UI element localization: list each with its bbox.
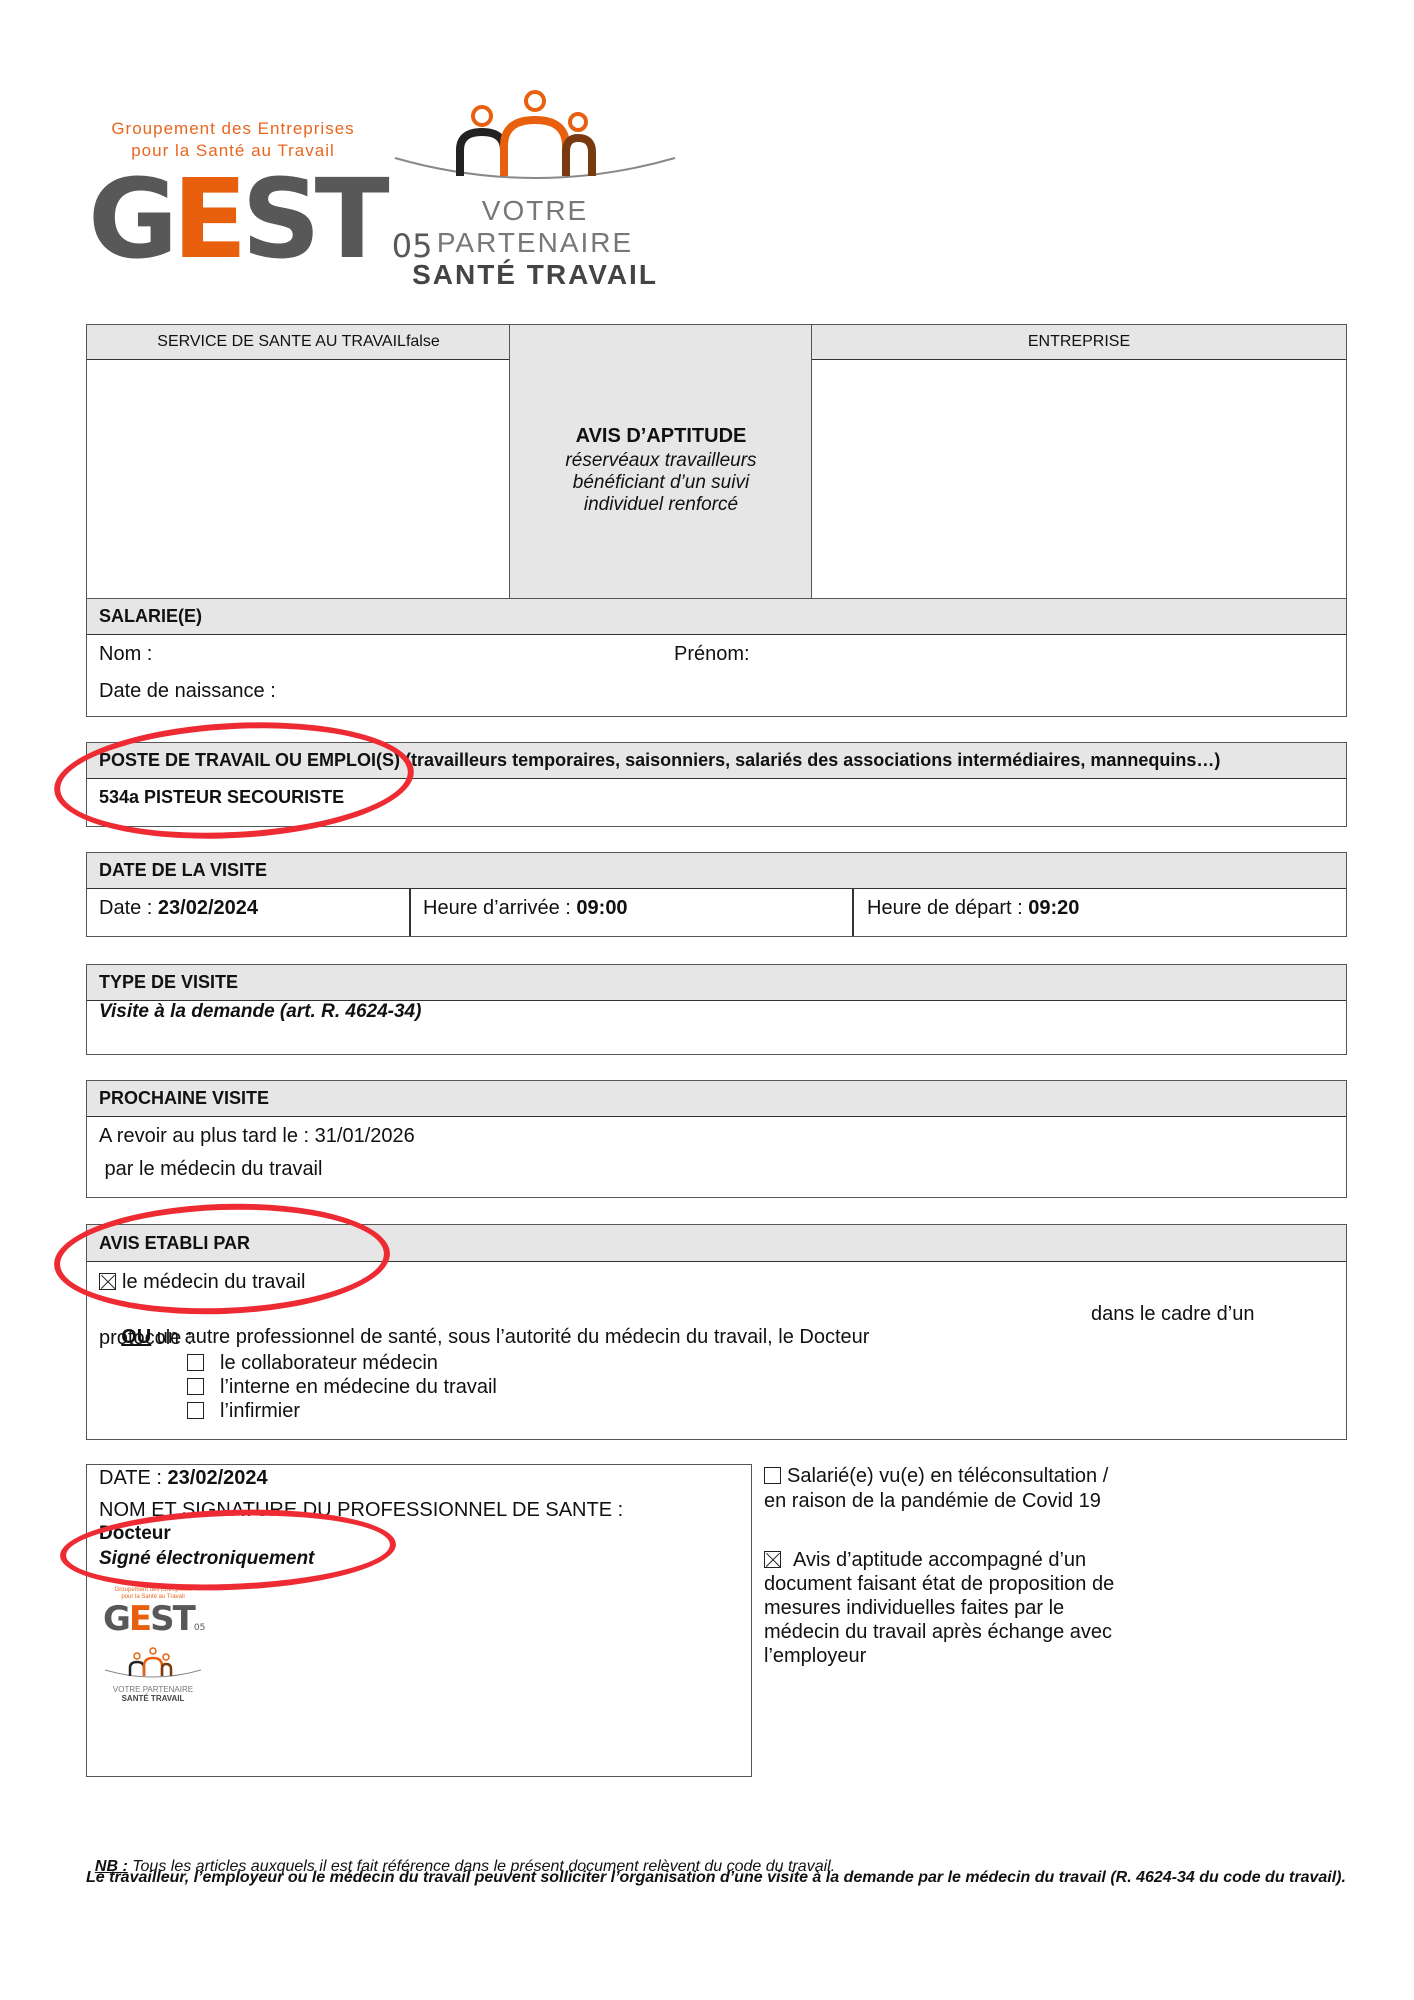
- gest-logo: Groupement des Entreprises pour la Santé…: [88, 118, 378, 274]
- type-visite-value: Visite à la demande (art. R. 4624-34): [99, 1001, 421, 1023]
- signature-electronic: Signé électroniquement: [99, 1548, 314, 1570]
- avis-aptitude-cell: AVIS D’APTITUDE réservéaux travailleurs …: [509, 324, 813, 600]
- option-collaborateur[interactable]: le collaborateur médecin: [187, 1352, 438, 1375]
- prochaine-visite-header: PROCHAINE VISITE: [87, 1081, 1346, 1117]
- checkbox-avis-document[interactable]: [764, 1551, 781, 1568]
- divider: [409, 888, 411, 936]
- poste-value: 534a PISTEUR SECOURISTE: [99, 787, 344, 808]
- poste-section: POSTE DE TRAVAIL OU EMPLOI(S) (travaille…: [86, 742, 1347, 827]
- protocole-text: protocole :: [99, 1327, 192, 1350]
- signature-label: NOM ET SIGNATURE DU PROFESSIONNEL DE SAN…: [99, 1499, 623, 1522]
- checkbox-medecin[interactable]: [99, 1273, 116, 1290]
- signature-date: DATE : 23/02/2024: [99, 1467, 268, 1490]
- divider: [852, 888, 854, 936]
- type-visite-header: TYPE DE VISITE: [87, 965, 1346, 1001]
- partner-line-1: VOTRE PARTENAIRE: [390, 195, 680, 259]
- service-sante-cell: SERVICE DE SANTE AU TRAVAILfalse: [86, 324, 511, 600]
- avis-etabli-header: AVIS ETABLI PAR: [87, 1225, 1346, 1262]
- document-subtitle-3: individuel renforcé: [510, 494, 812, 516]
- people-icon: [103, 1646, 203, 1680]
- logo-tagline-1: Groupement des Entreprises: [88, 118, 378, 140]
- option-teleconsultation[interactable]: Salarié(e) vu(e) en téléconsultation / e…: [764, 1464, 1108, 1514]
- prochaine-visite-section: PROCHAINE VISITE A revoir au plus tard l…: [86, 1080, 1347, 1198]
- salarie-header: SALARIE(E): [87, 599, 1346, 635]
- partner-logo: VOTRE PARTENAIRE SANTÉ TRAVAIL: [390, 88, 680, 268]
- salarie-section: SALARIE(E) Nom : Prénom: Date de naissan…: [86, 598, 1347, 717]
- next-visit-by: par le médecin du travail: [99, 1158, 322, 1181]
- date-visite-header: DATE DE LA VISITE: [87, 853, 1346, 889]
- type-visite-section: TYPE DE VISITE Visite à la demande (art.…: [86, 964, 1347, 1055]
- document-subtitle-2: bénéficiant d’un suivi: [510, 472, 812, 494]
- option-infirmier[interactable]: l’infirmier: [187, 1400, 300, 1423]
- document-subtitle-1: réservéaux travailleurs: [510, 450, 812, 472]
- footer-notice: Le travailleur, l’employeur ou le médeci…: [86, 1867, 1356, 1888]
- option-avis-document[interactable]: Avis d’aptitude accompagné d’un document…: [764, 1548, 1114, 1668]
- date-visite-section: DATE DE LA VISITE Date : 23/02/2024 Heur…: [86, 852, 1347, 937]
- checkbox-infirmier[interactable]: [187, 1402, 204, 1419]
- logo-wordmark: GEST05: [88, 164, 378, 274]
- signature-stamp-logo: Groupement des Entreprises pour la Santé…: [103, 1587, 203, 1703]
- service-sante-label: SERVICE DE SANTE AU TRAVAILfalse: [87, 325, 510, 360]
- departure-time: Heure de départ : 09:20: [867, 897, 1079, 920]
- document-title: AVIS D’APTITUDE: [510, 425, 812, 448]
- poste-header: POSTE DE TRAVAIL OU EMPLOI(S) (travaille…: [87, 743, 1346, 779]
- checkbox-interne[interactable]: [187, 1378, 204, 1395]
- checkbox-collaborateur[interactable]: [187, 1354, 204, 1371]
- people-icon: [390, 88, 680, 188]
- option-medecin[interactable]: le médecin du travail: [99, 1271, 305, 1294]
- checkbox-teleconsultation[interactable]: [764, 1467, 781, 1484]
- option-interne[interactable]: l’interne en médecine du travail: [187, 1376, 497, 1399]
- partner-line-2: SANTÉ TRAVAIL: [390, 259, 680, 291]
- entreprise-label: ENTREPRISE: [812, 325, 1346, 360]
- avis-etabli-section: AVIS ETABLI PAR le médecin du travail OU…: [86, 1224, 1347, 1440]
- entreprise-cell: ENTREPRISE: [811, 324, 1347, 600]
- signature-section: DATE : 23/02/2024 NOM ET SIGNATURE DU PR…: [86, 1464, 752, 1777]
- prenom-label: Prénom:: [674, 643, 750, 666]
- arrival-time: Heure d’arrivée : 09:00: [423, 897, 628, 920]
- naissance-label: Date de naissance :: [99, 680, 276, 703]
- nom-label: Nom :: [99, 643, 152, 666]
- signature-docteur: Docteur: [99, 1523, 171, 1545]
- visit-date: Date : 23/02/2024: [99, 897, 258, 920]
- next-visit-date: A revoir au plus tard le : 31/01/2026: [99, 1125, 415, 1148]
- cadre-text: dans le cadre d’un: [1091, 1303, 1254, 1326]
